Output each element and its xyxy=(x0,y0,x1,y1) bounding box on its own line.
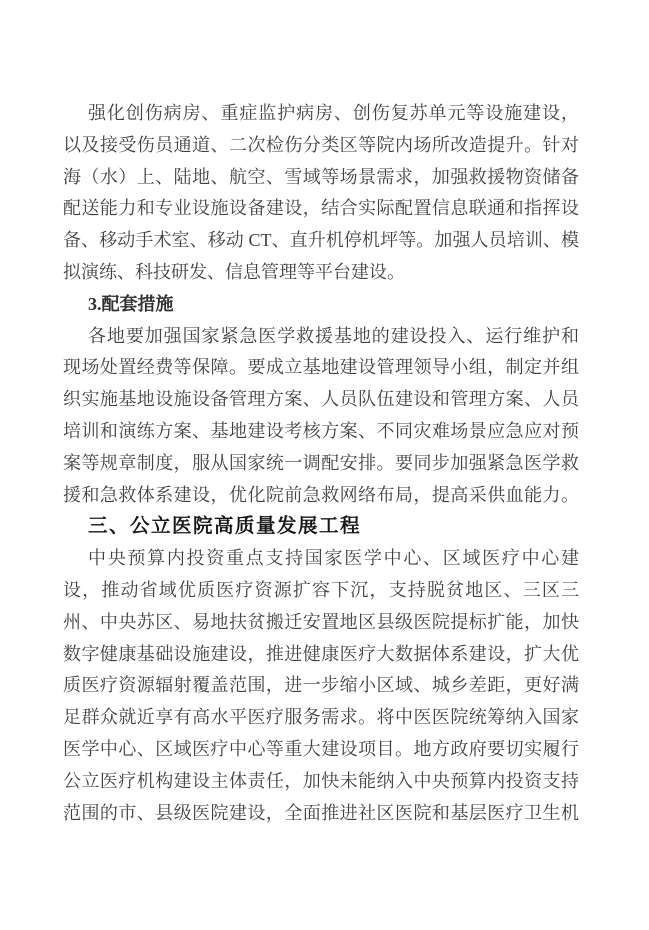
text-line: 州、中央苏区、易地扶贫搬迁安置地区县级医院提标扩能，加快 xyxy=(63,607,579,639)
text-line: 范围的市、县级医院建设，全面推进社区医院和基层医疗卫生机 xyxy=(63,798,579,830)
text-line: 备、移动手术室、移动 CT、直升机停机坪等。加强人员培训、模 xyxy=(63,225,579,257)
text-line: 数字健康基础设施建设，推进健康医疗大数据体系建设，扩大优 xyxy=(63,639,579,671)
document-text-area: 强化创伤病房、重症监护病房、创伤复苏单元等设施建设，以及接受伤员通道、二次检伤分… xyxy=(63,98,579,829)
text-line: 配送能力和专业设施设备建设，结合实际配置信息联通和指挥设 xyxy=(63,193,579,225)
text-line: 医学中心、区域医疗中心等重大建设项目。地方政府要切实履行 xyxy=(63,734,579,766)
text-line: 质医疗资源辐射覆盖范围，进一步缩小区域、城乡差距，更好满 xyxy=(63,670,579,702)
heading-section-three-public-hospitals: 三、公立医院高质量发展工程 xyxy=(63,511,579,543)
text-line: 援和急救体系建设，优化院前急救网络布局，提高采供血能力。 xyxy=(63,480,579,512)
heading-supporting-measures: 3.配套措施 xyxy=(63,289,579,321)
text-line: 以及接受伤员通道、二次检伤分类区等院内场所改造提升。针对 xyxy=(63,130,579,162)
text-line: 强化创伤病房、重症监护病房、创伤复苏单元等设施建设， xyxy=(63,98,579,130)
document-page: 强化创伤病房、重症监护病房、创伤复苏单元等设施建设，以及接受伤员通道、二次检伤分… xyxy=(0,0,649,930)
text-line: 各地要加强国家紧急医学救援基地的建设投入、运行维护和 xyxy=(63,321,579,353)
text-line: 案等规章制度，服从国家统一调配安排。要同步加强紧急医学救 xyxy=(63,448,579,480)
text-line: 公立医疗机构建设主体责任，加快未能纳入中央预算内投资支持 xyxy=(63,766,579,798)
text-line: 中央预算内投资重点支持国家医学中心、区域医疗中心建 xyxy=(63,543,579,575)
text-line: 设，推动省域优质医疗资源扩容下沉，支持脱贫地区、三区三 xyxy=(63,575,579,607)
text-line: 足群众就近享有高水平医疗服务需求。将中医医院统筹纳入国家 xyxy=(63,702,579,734)
text-line: 海（水）上、陆地、航空、雪域等场景需求，加强救援物资储备 xyxy=(63,162,579,194)
text-line: 织实施基地设施设备管理方案、人员队伍建设和管理方案、人员 xyxy=(63,384,579,416)
text-line: 培训和演练方案、基地建设考核方案、不同灾难场景应急应对预 xyxy=(63,416,579,448)
text-line: 拟演练、科技研发、信息管理等平台建设。 xyxy=(63,257,579,289)
text-line: 现场处置经费等保障。要成立基地建设管理领导小组，制定并组 xyxy=(63,352,579,384)
